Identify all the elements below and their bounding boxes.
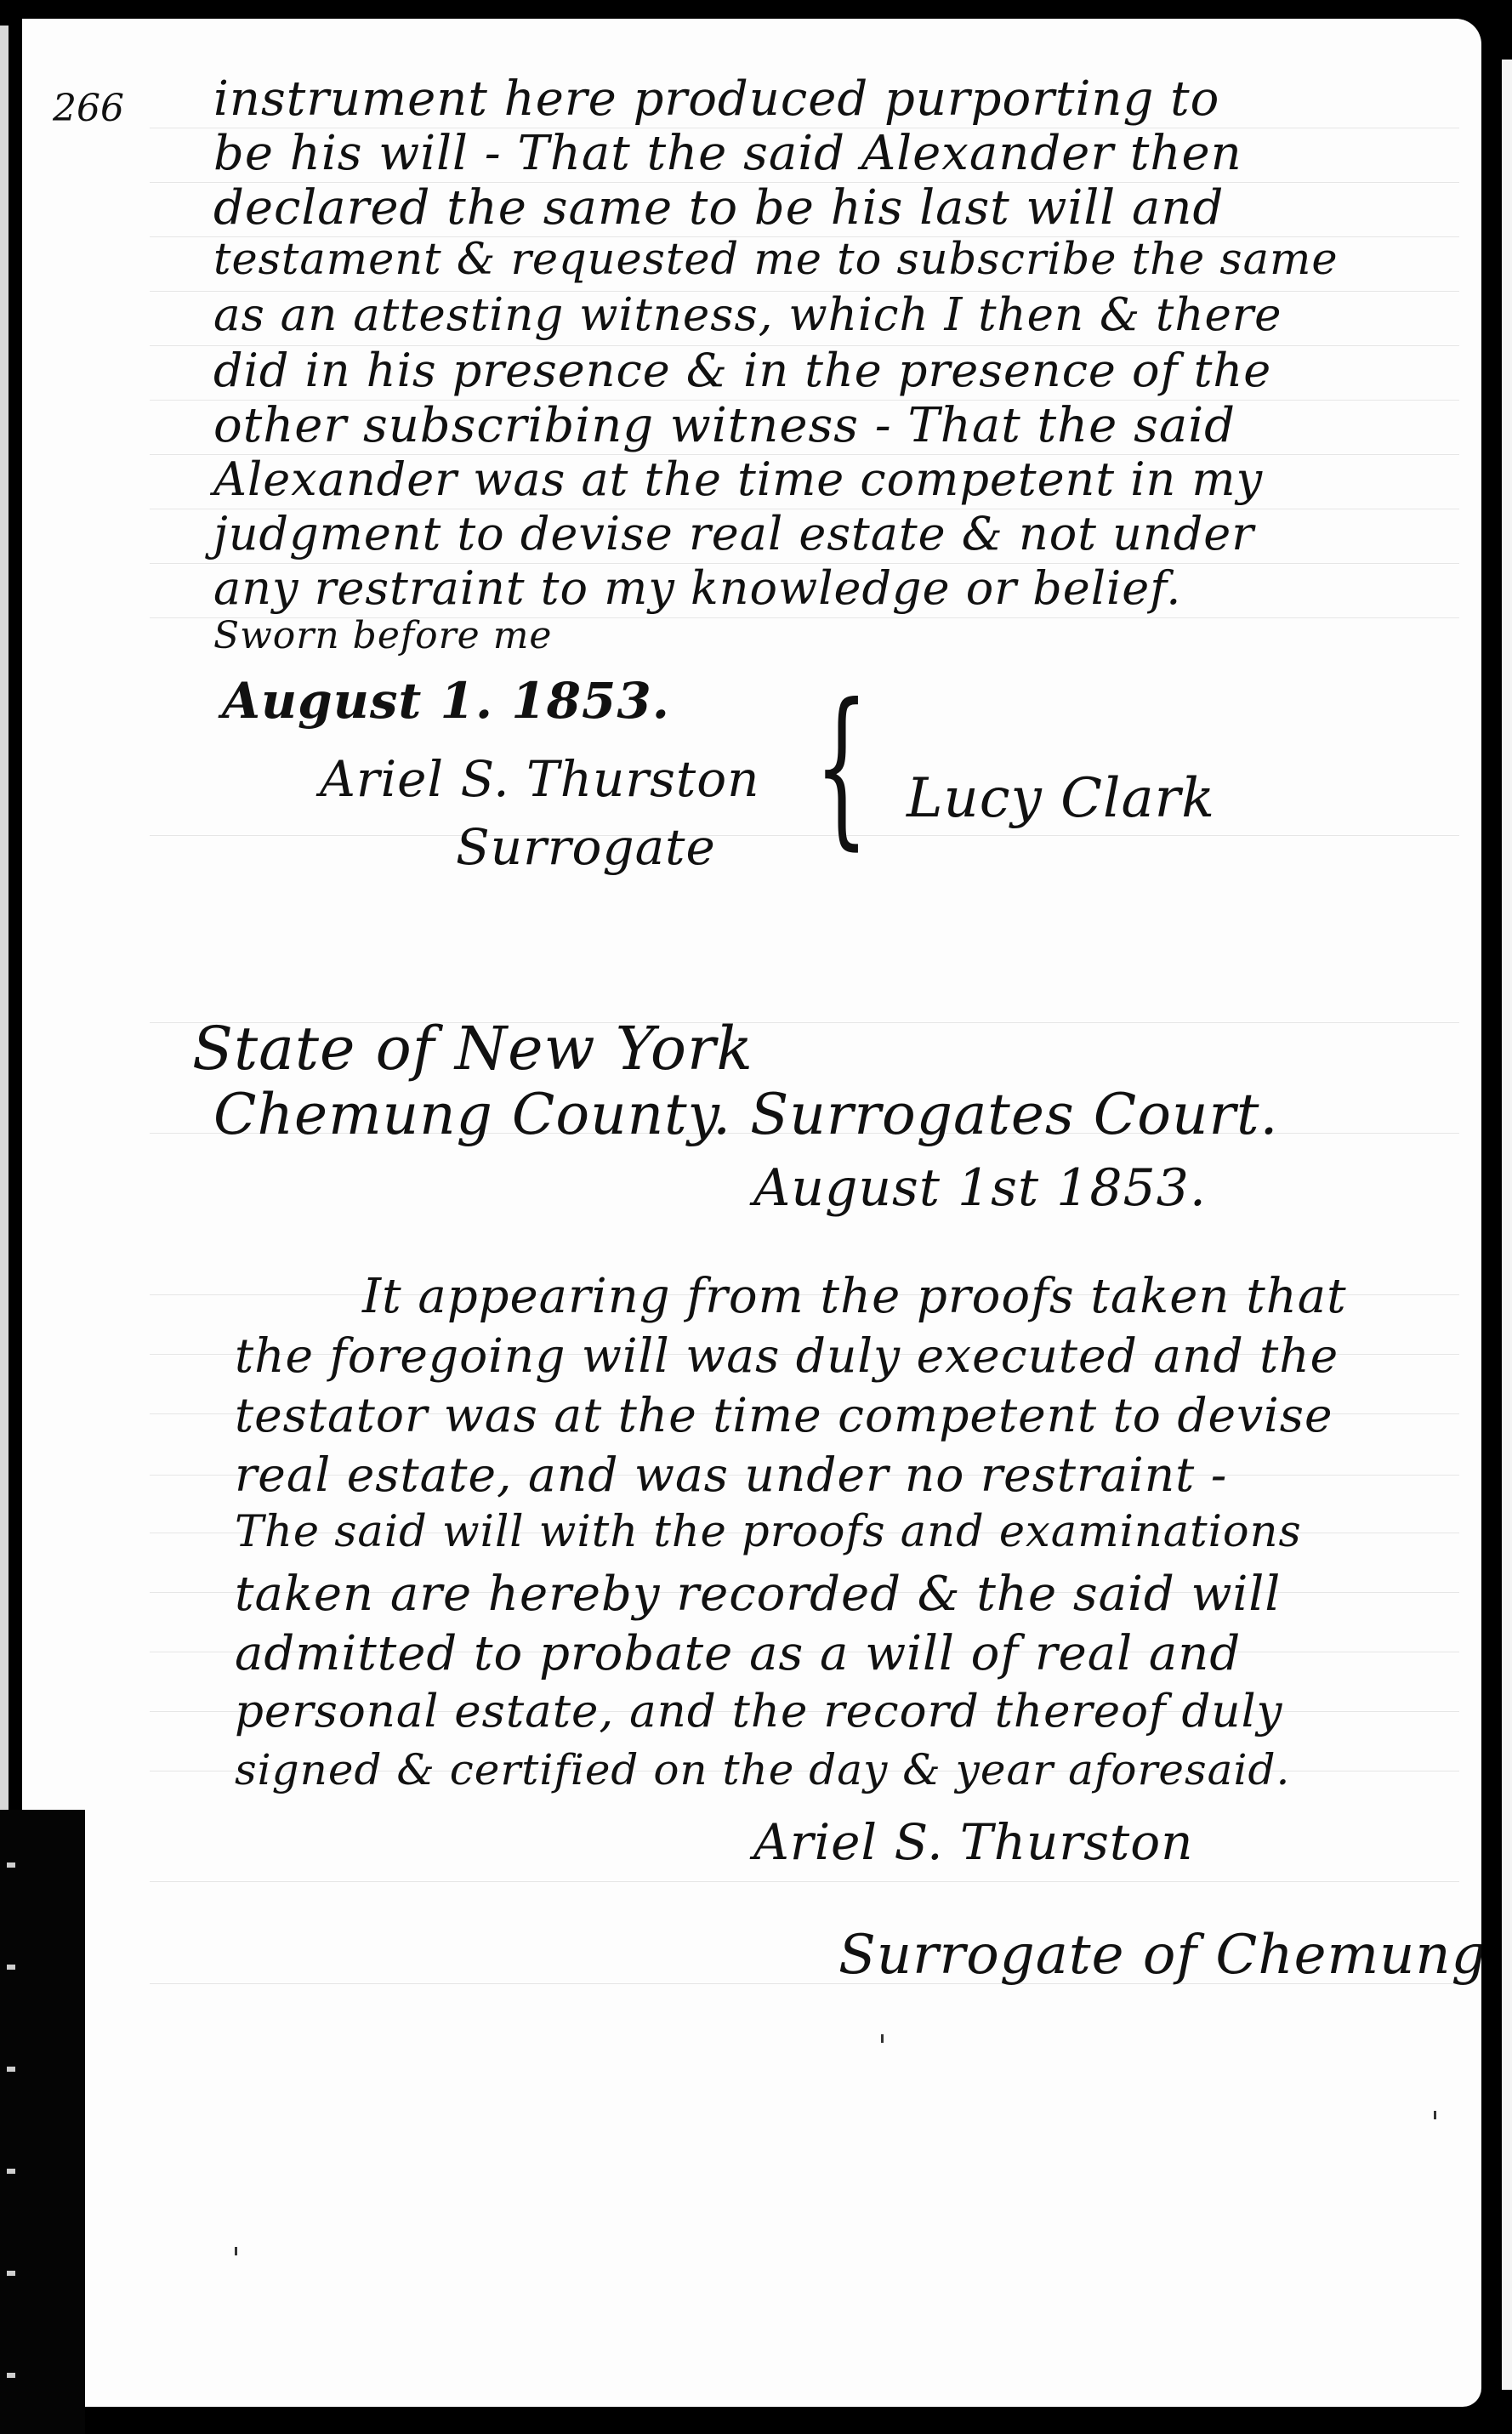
page-number: 266 [53,87,124,130]
text-line: admitted to probate as a will of real an… [235,1626,1241,1681]
text-line: any restraint to my knowledge or belief. [213,561,1181,615]
text-line: as an attesting witness, which I then & … [213,289,1282,341]
court-date: August 1st 1853. [753,1158,1207,1218]
text-line: testator was at the time competent to de… [235,1388,1333,1442]
surrogate-title: Surrogate of Chemung Co. [838,1924,1481,1987]
text-line: be his will - That the said Alexander th… [213,126,1242,181]
ledger-page: 266 instrument here produced purporting … [22,19,1481,2407]
text-line: did in his presence & in the presence of… [213,344,1271,397]
brace-icon: { [815,682,869,852]
text-line: testament & requested me to subscribe th… [213,235,1339,285]
ruled-line [150,835,1459,836]
text-line: The said will with the proofs and examin… [235,1507,1302,1557]
text-line: the foregoing will was duly executed and… [235,1328,1339,1383]
sworn-date: August 1. 1853. [222,672,670,730]
text-line: taken are hereby recorded & the said wil… [235,1567,1281,1622]
ink-speck [235,2247,237,2255]
text-line: declared the same to be his last will an… [213,180,1224,236]
text-line: personal estate, and the record thereof … [235,1686,1282,1737]
ruled-line [150,1881,1459,1882]
county-court-heading: Chemung County. Surrogates Court. [213,1082,1279,1147]
state-heading: State of New York [192,1014,753,1083]
text-line: real estate, and was under no restraint … [235,1447,1227,1502]
next-page-edge [1502,60,1512,2390]
ink-speck [881,2034,884,2043]
text-line: It appearing from the proofs taken that [362,1269,1347,1324]
officer-signature: Ariel S. Thurston [320,750,759,808]
sworn-before-me: Sworn before me [213,614,552,657]
text-line: Alexander was at the time competent in m… [213,452,1263,506]
officer-title: Surrogate [456,818,716,876]
surrogate-signature: Ariel S. Thurston [753,1813,1193,1871]
text-line: other subscribing witness - That the sai… [213,398,1236,453]
binding-texture [7,1828,15,2424]
text-line: signed & certified on the day & year afo… [235,1745,1290,1794]
text-line: judgment to devise real estate & not und… [213,507,1254,560]
ink-speck [1434,2111,1436,2119]
witness-signature: Lucy Clark [907,767,1215,830]
text-line: instrument here produced purporting to [213,71,1219,127]
